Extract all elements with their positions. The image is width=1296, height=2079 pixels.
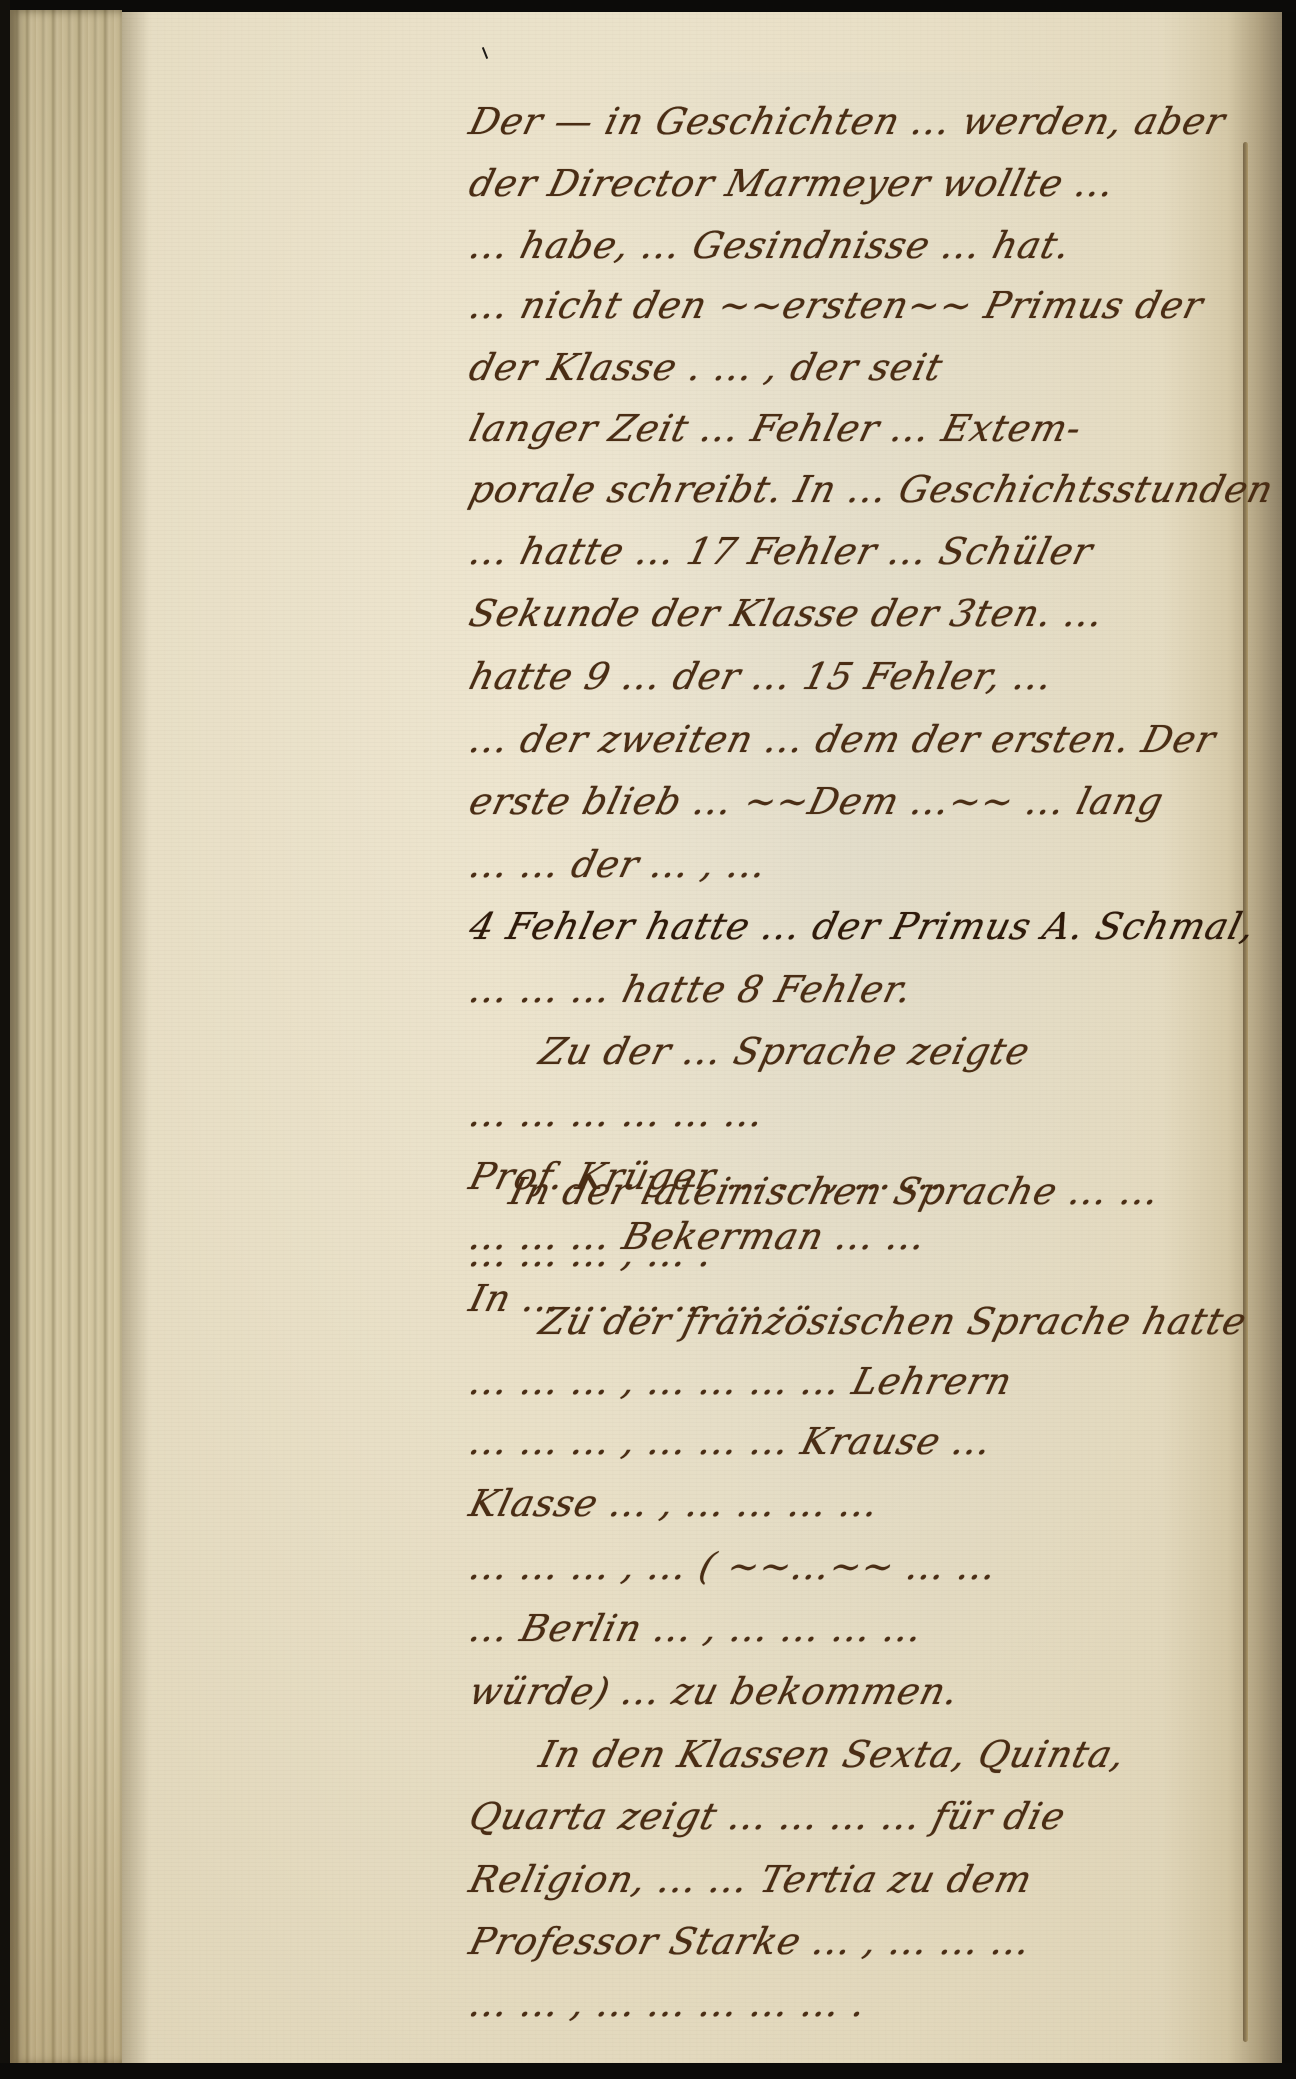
text-line: ... ... ... , ... . bbox=[465, 1232, 718, 1275]
text-line: ... ... ... , ... ... ... ... Lehrern bbox=[465, 1360, 1017, 1403]
text-line: Der — in Geschichten ... werden, aber bbox=[465, 100, 1230, 143]
text-line: ... ... ... , ... ... ... Krause ... bbox=[465, 1420, 997, 1463]
text-line: der Klasse . ... , der seit bbox=[465, 346, 948, 389]
text-line: Zu der ... Sprache zeigte bbox=[535, 1030, 1035, 1073]
page-left-shadow bbox=[122, 12, 150, 2063]
text-line: der Director Marmeyer wollte ... bbox=[465, 162, 1119, 205]
text-line: ... ... ... , ... ( ~~...~~ ... ... bbox=[465, 1545, 1002, 1588]
text-line: ... der zweiten ... dem der ersten. Der bbox=[465, 718, 1220, 761]
text-line: ... habe, ... Gesindnisse ... hat. bbox=[465, 224, 1075, 267]
text-line: Sekunde der Klasse der 3ten. ... bbox=[465, 592, 1109, 635]
text-line: langer Zeit ... Fehler ... Extem- bbox=[465, 407, 1086, 450]
text-line: ... ... , ... ... ... ... ... . bbox=[465, 1982, 871, 2025]
scan-border-top bbox=[0, 0, 1296, 12]
text-line: Professor Starke ... , ... ... ... bbox=[465, 1920, 1036, 1963]
text-line: Religion, ... ... Tertia zu dem bbox=[465, 1858, 1037, 1901]
text-line: würde) ... zu bekommen. bbox=[465, 1670, 964, 1713]
page-edges-shading bbox=[10, 10, 122, 2065]
text-line: ... ... ... ... ... ... bbox=[465, 1092, 769, 1135]
text-line: porale schreibt. In ... Geschichtsstunde… bbox=[465, 468, 1278, 511]
text-line: ... ... ... hatte 8 Fehler. bbox=[465, 968, 917, 1011]
text-line: hatte 9 ... der ... 15 Fehler, ... bbox=[465, 655, 1058, 698]
page-fold-line bbox=[1243, 142, 1248, 2042]
text-line: Quarta zeigt ... ... ... ... für die bbox=[465, 1795, 1070, 1838]
scan-border-left bbox=[0, 0, 10, 2079]
text-line: erste blieb ... ~~Dem ...~~ ... lang bbox=[465, 780, 1168, 823]
text-line: ... Berlin ... , ... ... ... ... bbox=[465, 1607, 928, 1650]
text-line: ... hatte ... 17 Fehler ... Schüler bbox=[465, 530, 1098, 573]
scan-border-bottom bbox=[0, 2063, 1296, 2079]
book-page-edges bbox=[10, 10, 122, 2065]
text-line: ... ... der ... , ... bbox=[465, 843, 772, 886]
text-line: ... nicht den ~~ersten~~ Primus der bbox=[465, 284, 1208, 327]
text-line: In den Klassen Sexta, Quinta, bbox=[535, 1733, 1130, 1776]
text-line: Zu der französischen Sprache hatte bbox=[535, 1300, 1251, 1343]
text-line: 4 Fehler hatte ... der Primus A. Schmal, bbox=[465, 905, 1260, 948]
text-line: In der lateinischen Sprache ... ... bbox=[505, 1170, 1164, 1213]
text-line: Klasse ... , ... ... ... ... bbox=[465, 1482, 884, 1525]
